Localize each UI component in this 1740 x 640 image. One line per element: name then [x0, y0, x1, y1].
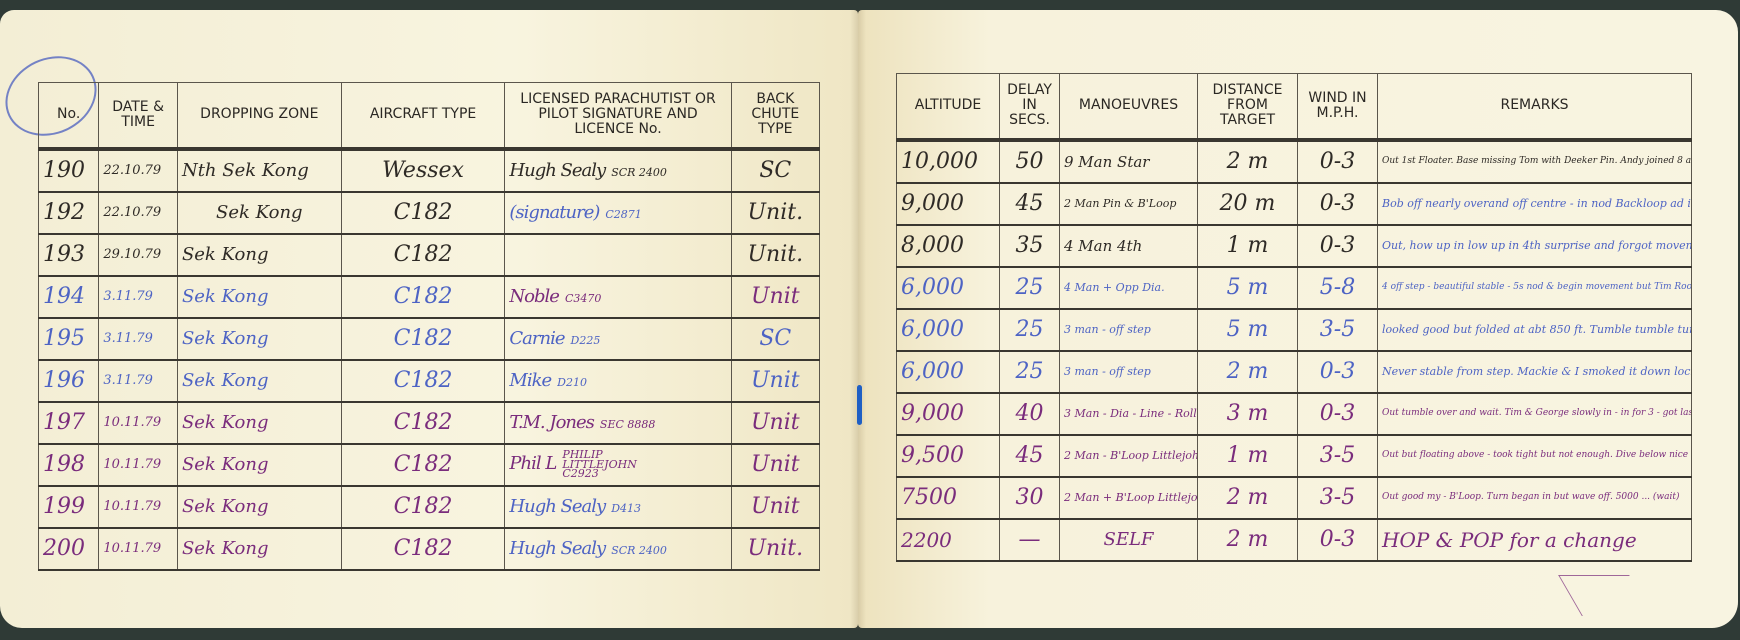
signature-cell: Hugh SealyD413	[505, 486, 731, 528]
signature-cell: CarnieD225	[505, 318, 731, 360]
signature-cell: Hugh SealySCR 2400	[505, 149, 731, 192]
altitude: 6,000	[897, 309, 1000, 351]
distance: 3 m	[1198, 393, 1298, 435]
table-header-row: ALTITUDE DELAY IN SECS. MANOEUVRES DISTA…	[897, 74, 1692, 140]
remarks: Out tumble over and wait. Tim & George s…	[1378, 393, 1692, 435]
table-row: 193 29.10.79 Sek Kong C182 Unit.	[39, 234, 820, 276]
distance: 1 m	[1198, 225, 1298, 267]
back-chute-type: SC	[731, 149, 819, 192]
delay: —	[1000, 519, 1060, 561]
jump-no: 195	[39, 318, 99, 360]
jump-no: 192	[39, 192, 99, 234]
signature: Hugh Sealy	[509, 160, 605, 181]
distance: 2 m	[1198, 140, 1298, 183]
remarks: Out 1st Floater. Base missing Tom with D…	[1378, 140, 1692, 183]
table-row: 10,000 50 9 Man Star 2 m 0-3 Out 1st Flo…	[897, 140, 1692, 183]
delay: 45	[1000, 183, 1060, 225]
wind: 5-8	[1298, 267, 1378, 309]
wind: 0-3	[1298, 183, 1378, 225]
jump-date: 3.11.79	[99, 318, 178, 360]
jump-no: 193	[39, 234, 99, 276]
jump-log-table-left: No. DATE & TIME DROPPING ZONE AIRCRAFT T…	[38, 82, 820, 571]
dropping-zone: Sek Kong	[177, 402, 341, 444]
book-spine	[850, 10, 866, 628]
signature: Carnie	[509, 328, 564, 349]
table-row: 9,000 40 3 Man - Dia - Line - Roll. 3 m …	[897, 393, 1692, 435]
aircraft-type: C182	[341, 528, 505, 570]
altitude: 6,000	[897, 351, 1000, 393]
signature-cell: Phil LPHILIP LITTLEJOHN C2923	[505, 444, 731, 486]
header-no: No.	[39, 83, 99, 149]
delay: 50	[1000, 140, 1060, 183]
dropping-zone: Sek Kong	[177, 486, 341, 528]
back-chute-type: Unit.	[731, 192, 819, 234]
jump-date: 10.11.79	[99, 402, 178, 444]
remarks: Never stable from step. Mackie & I smoke…	[1378, 351, 1692, 393]
licence-no: D413	[611, 502, 641, 515]
jump-no: 196	[39, 360, 99, 402]
jump-no: 197	[39, 402, 99, 444]
remarks: HOP & POP for a change	[1378, 519, 1692, 561]
back-chute-type: Unit	[731, 276, 819, 318]
dropping-zone: Sek Kong	[177, 234, 341, 276]
jump-date: 10.11.79	[99, 444, 178, 486]
signature: T.M. Jones	[509, 412, 594, 433]
distance: 2 m	[1198, 519, 1298, 561]
table-row: 195 3.11.79 Sek Kong C182 CarnieD225 SC	[39, 318, 820, 360]
jump-date: 3.11.79	[99, 276, 178, 318]
dropping-zone: Sek Kong	[177, 276, 341, 318]
altitude: 9,000	[897, 393, 1000, 435]
remarks: Bob off nearly overand off centre - in n…	[1378, 183, 1692, 225]
table-row: 190 22.10.79 Nth Sek Kong Wessex Hugh Se…	[39, 149, 820, 192]
table-row: 7500 30 2 Man + B'Loop Littlejohn 2 m 3-…	[897, 477, 1692, 519]
header-distance: DISTANCE FROM TARGET	[1198, 74, 1298, 140]
header-remarks: REMARKS	[1378, 74, 1692, 140]
aircraft-type: C182	[341, 360, 505, 402]
header-date-time: DATE & TIME	[99, 83, 178, 149]
jump-no: 199	[39, 486, 99, 528]
manoeuvres: 3 man - off step	[1060, 309, 1198, 351]
jump-no: 198	[39, 444, 99, 486]
wind: 0-3	[1298, 351, 1378, 393]
table-row: 199 10.11.79 Sek Kong C182 Hugh SealyD41…	[39, 486, 820, 528]
remarks: Out good my - B'Loop. Turn began in but …	[1378, 477, 1692, 519]
jump-date: 22.10.79	[99, 192, 178, 234]
table-row: 6,000 25 3 man - off step 5 m 3-5 looked…	[897, 309, 1692, 351]
back-chute-type: Unit	[731, 360, 819, 402]
jump-date: 3.11.79	[99, 360, 178, 402]
header-back-chute-type: BACK CHUTE TYPE	[731, 83, 819, 149]
table-header-row: No. DATE & TIME DROPPING ZONE AIRCRAFT T…	[39, 83, 820, 149]
signature-cell: (signature)C2871	[505, 192, 731, 234]
delay: 45	[1000, 435, 1060, 477]
signature-cell: MikeD210	[505, 360, 731, 402]
altitude: 9,000	[897, 183, 1000, 225]
aircraft-type: C182	[341, 192, 505, 234]
manoeuvres: SELF	[1060, 519, 1198, 561]
jump-log-table-right: ALTITUDE DELAY IN SECS. MANOEUVRES DISTA…	[896, 73, 1692, 562]
aircraft-type: C182	[341, 234, 505, 276]
wind: 3-5	[1298, 477, 1378, 519]
licence-no: SCR 2400	[611, 544, 667, 557]
back-chute-type: Unit	[731, 486, 819, 528]
wind: 3-5	[1298, 435, 1378, 477]
altitude: 9,500	[897, 435, 1000, 477]
aircraft-type: C182	[341, 486, 505, 528]
distance: 2 m	[1198, 351, 1298, 393]
header-delay: DELAY IN SECS.	[1000, 74, 1060, 140]
delay: 25	[1000, 309, 1060, 351]
jump-date: 10.11.79	[99, 528, 178, 570]
header-aircraft-type: AIRCRAFT TYPE	[341, 83, 505, 149]
remarks: Out but floating above - took tight but …	[1378, 435, 1692, 477]
table-row: 200 10.11.79 Sek Kong C182 Hugh SealySCR…	[39, 528, 820, 570]
delay: 35	[1000, 225, 1060, 267]
distance: 20 m	[1198, 183, 1298, 225]
dropping-zone: Sek Kong	[177, 318, 341, 360]
manoeuvres: 4 Man 4th	[1060, 225, 1198, 267]
manoeuvres: 9 Man Star	[1060, 140, 1198, 183]
table-row: 198 10.11.79 Sek Kong C182 Phil LPHILIP …	[39, 444, 820, 486]
jump-date: 10.11.79	[99, 486, 178, 528]
dropping-zone: Sek Kong	[177, 444, 341, 486]
manoeuvres: 3 Man - Dia - Line - Roll.	[1060, 393, 1198, 435]
table-row: 194 3.11.79 Sek Kong C182 NobleC3470 Uni…	[39, 276, 820, 318]
jump-date: 22.10.79	[99, 149, 178, 192]
altitude: 2200	[897, 519, 1000, 561]
wind: 3-5	[1298, 309, 1378, 351]
table-row: 196 3.11.79 Sek Kong C182 MikeD210 Unit	[39, 360, 820, 402]
back-chute-type: Unit.	[731, 528, 819, 570]
wind: 0-3	[1298, 519, 1378, 561]
signature-cell: NobleC3470	[505, 276, 731, 318]
header-dropping-zone: DROPPING ZONE	[177, 83, 341, 149]
licence-no: SCR 2400	[611, 166, 667, 179]
signature-cell	[505, 234, 731, 276]
manoeuvres: 2 Man Pin & B'Loop	[1060, 183, 1198, 225]
distance: 2 m	[1198, 477, 1298, 519]
altitude: 8,000	[897, 225, 1000, 267]
back-chute-type: SC	[731, 318, 819, 360]
distance: 5 m	[1198, 267, 1298, 309]
remarks: looked good but folded at abt 850 ft. Tu…	[1378, 309, 1692, 351]
delay: 30	[1000, 477, 1060, 519]
altitude: 10,000	[897, 140, 1000, 183]
signature: Mike	[509, 370, 551, 391]
dropping-zone: Nth Sek Kong	[177, 149, 341, 192]
header-wind: WIND IN M.P.H.	[1298, 74, 1378, 140]
table-row: 6,000 25 4 Man + Opp Dia. 5 m 5-8 4 off …	[897, 267, 1692, 309]
wind: 0-3	[1298, 225, 1378, 267]
altitude: 7500	[897, 477, 1000, 519]
table-row: 9,500 45 2 Man - B'Loop Littlejohn 1 m 3…	[897, 435, 1692, 477]
signature-cell: T.M. JonesSEC 8888	[505, 402, 731, 444]
table-row: 8,000 35 4 Man 4th 1 m 0-3 Out, how up i…	[897, 225, 1692, 267]
signature: Noble	[509, 286, 559, 307]
back-chute-type: Unit.	[731, 234, 819, 276]
jump-no: 190	[39, 149, 99, 192]
table-row: 6,000 25 3 man - off step 2 m 0-3 Never …	[897, 351, 1692, 393]
licence-no: C2871	[605, 208, 641, 221]
signature-cell: Hugh SealySCR 2400	[505, 528, 731, 570]
wind: 0-3	[1298, 393, 1378, 435]
header-signature: LICENSED PARACHUTIST OR PILOT SIGNATURE …	[505, 83, 731, 149]
back-chute-type: Unit	[731, 444, 819, 486]
licence-no: D210	[557, 376, 587, 389]
licence-no: PHILIP LITTLEJOHN C2923	[562, 450, 672, 479]
jump-date: 29.10.79	[99, 234, 178, 276]
delay: 25	[1000, 267, 1060, 309]
licence-no: C3470	[565, 292, 601, 305]
table-row: 197 10.11.79 Sek Kong C182 T.M. JonesSEC…	[39, 402, 820, 444]
altitude: 6,000	[897, 267, 1000, 309]
licence-no: D225	[571, 334, 601, 347]
wind: 0-3	[1298, 140, 1378, 183]
delay: 25	[1000, 351, 1060, 393]
header-altitude: ALTITUDE	[897, 74, 1000, 140]
table-row: 9,000 45 2 Man Pin & B'Loop 20 m 0-3 Bob…	[897, 183, 1692, 225]
back-chute-type: Unit	[731, 402, 819, 444]
aircraft-type: C182	[341, 276, 505, 318]
signature: Hugh Sealy	[509, 496, 605, 517]
distance: 1 m	[1198, 435, 1298, 477]
dropping-zone: Sek Kong	[177, 192, 341, 234]
licence-no: SEC 8888	[600, 418, 655, 431]
table-row: 192 22.10.79 Sek Kong C182 (signature)C2…	[39, 192, 820, 234]
bookmark-ribbon	[857, 385, 862, 425]
signature: (signature)	[509, 202, 599, 223]
header-manoeuvres: MANOEUVRES	[1060, 74, 1198, 140]
remarks: Out, how up in low up in 4th surprise an…	[1378, 225, 1692, 267]
aircraft-type: C182	[341, 318, 505, 360]
manoeuvres: 4 Man + Opp Dia.	[1060, 267, 1198, 309]
dropping-zone: Sek Kong	[177, 360, 341, 402]
manoeuvres: 3 man - off step	[1060, 351, 1198, 393]
aircraft-type: C182	[341, 402, 505, 444]
signature: Phil L	[509, 453, 556, 474]
manoeuvres: 2 Man + B'Loop Littlejohn	[1060, 477, 1198, 519]
aircraft-type: C182	[341, 444, 505, 486]
jump-no: 200	[39, 528, 99, 570]
signature: Hugh Sealy	[509, 538, 605, 559]
manoeuvres: 2 Man - B'Loop Littlejohn	[1060, 435, 1198, 477]
aircraft-type: Wessex	[341, 149, 505, 192]
distance: 5 m	[1198, 309, 1298, 351]
jump-no: 194	[39, 276, 99, 318]
table-row: 2200 — SELF 2 m 0-3 HOP & POP for a chan…	[897, 519, 1692, 561]
dropping-zone: Sek Kong	[177, 528, 341, 570]
delay: 40	[1000, 393, 1060, 435]
remarks: 4 off step - beautiful stable - 5s nod &…	[1378, 267, 1692, 309]
